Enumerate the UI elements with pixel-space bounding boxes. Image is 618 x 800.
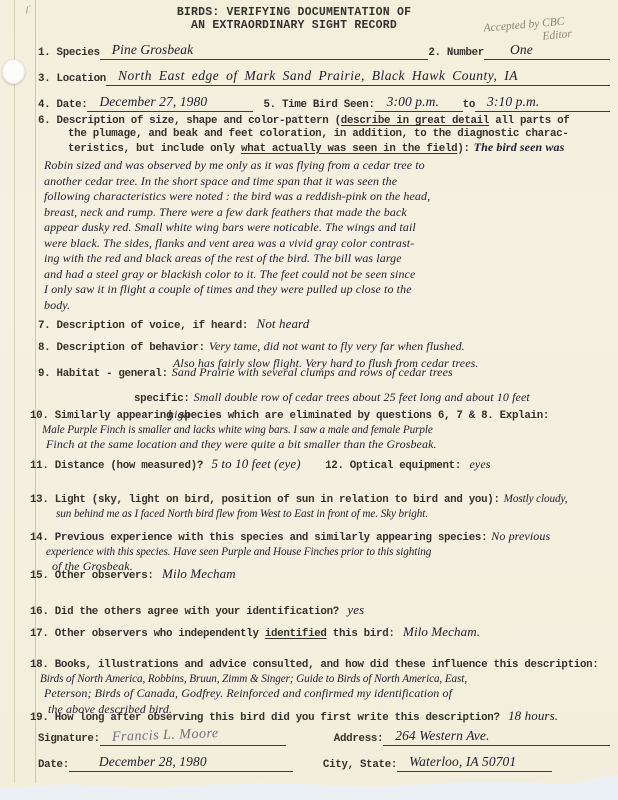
signature-label: Signature: — [38, 733, 100, 746]
q6-typed-line3-post: ): — [457, 143, 469, 155]
q6-hw-line5: appear dusky red. Small white wing bars … — [44, 220, 610, 236]
signature-value: Francis L. Moore — [112, 726, 219, 746]
q10-hw-line2: Finch at the same location and they were… — [46, 437, 610, 452]
number-label: 2. Number — [428, 47, 484, 60]
q9-specific-label: specific: — [134, 393, 190, 405]
q10-hw-line1: Male Purple Finch is smaller and lacks w… — [42, 424, 610, 436]
q7-label: 7. Description of voice, if heard: — [38, 320, 248, 332]
paper-crease-left — [14, 0, 15, 783]
scan-background: ן´ BIRDS: VERIFYING DOCUMENTATION OF AN … — [0, 0, 618, 800]
number-value: One — [510, 42, 533, 58]
q6-typed-line3-pre: teristics, but include only — [68, 143, 241, 155]
q18-hw-line2: Peterson; Birds of Canada, Godfrey. Rein… — [44, 686, 610, 701]
punch-hole — [2, 59, 25, 84]
city-state-value: Waterloo, IA 50701 — [409, 754, 516, 770]
signature-field: Francis L. Moore — [100, 727, 286, 746]
question-6: 6. Description of size, shape and color-… — [38, 115, 610, 313]
q11-value: 5 to 10 feet (eye) — [211, 456, 300, 472]
species-field: Pine Grosbeak — [100, 41, 429, 60]
q6-typed-line1: 6. Description of size, shape and color-… — [38, 115, 610, 128]
q6-hw-line10: body. — [44, 298, 610, 314]
q17-value: Milo Mecham. — [403, 624, 480, 640]
q17-label-pre: 17. Other observers who independently — [30, 628, 265, 640]
q9-specific-value: Small double row of cedar trees about 25… — [194, 390, 530, 405]
q19-label: 19. How long after observing this bird d… — [30, 712, 500, 724]
q6-typed-line1-post: all parts of — [489, 115, 569, 127]
q12-label: 12. Optical equipment: — [325, 460, 461, 472]
city-state-field: Waterloo, IA 50701 — [397, 753, 552, 772]
question-11-12-row: 11. Distance (how measured)? 5 to 10 fee… — [30, 455, 610, 473]
q12-value: eyes — [470, 457, 491, 472]
q6-handwritten-block: Robin sized and was observed by me only … — [44, 158, 610, 313]
question-13: 13. Light (sky, light on bird, position … — [30, 489, 610, 520]
q14-value-line1: No previous — [491, 529, 550, 544]
q6-hw-line3: following characteristics were noted : t… — [44, 189, 610, 205]
q6-hw-line1: Robin sized and was observed by me only … — [44, 158, 610, 174]
document-page: ן´ BIRDS: VERIFYING DOCUMENTATION OF AN … — [0, 0, 618, 793]
date-label: 4. Date: — [38, 99, 87, 112]
q7-value: Not heard — [257, 316, 310, 332]
q6-typed-line1-pre: 6. Description of size, shape and color-… — [38, 115, 341, 127]
q13-value-line2: sun behind me as I faced North bird flew… — [56, 508, 610, 520]
q6-handwritten-inline: The bird seen was — [474, 141, 565, 154]
q17-label-post: this bird: — [327, 628, 395, 640]
number-field: One — [484, 41, 610, 60]
question-19: 19. How long after observing this bird d… — [30, 707, 610, 725]
location-row: 3. Location North East edge of Mark Sand… — [38, 67, 610, 86]
q9-general-value: Sand Prairie with several clumps and row… — [172, 365, 453, 380]
q6-hw-line7: ing with the red and black areas of the … — [44, 251, 610, 267]
q8-value-line1: Very tame, did not want to fly very far … — [209, 339, 465, 354]
q6-typed-line2: the plumage, and beak and feet coloratio… — [38, 128, 610, 141]
date-field: December 27, 1980 — [87, 93, 253, 112]
time-to-word: to — [463, 99, 475, 112]
q6-hw-line4: breast, neck and rump. There were a few … — [44, 205, 610, 221]
city-state-label: City, State: — [293, 759, 397, 772]
q6-typed-line1-underlined: describe in great detail — [341, 115, 489, 127]
footer-date-label: Date: — [38, 759, 69, 772]
q13-value-line1: Mostly cloudy, — [504, 493, 568, 505]
address-field: 264 Western Ave. — [383, 727, 610, 746]
question-16: 16. Did the others agree with your ident… — [30, 601, 610, 619]
location-field: North East edge of Mark Sand Prairie, Bl… — [106, 67, 610, 86]
address-label: Address: — [286, 733, 383, 746]
q16-label: 16. Did the others agree with your ident… — [30, 606, 339, 618]
q13-label: 13. Light (sky, light on bird, position … — [30, 494, 500, 506]
q6-hw-line2: another cedar tree. In the short space a… — [44, 174, 610, 190]
q15-value: Milo Mecham — [162, 566, 236, 582]
footer-date-value: December 28, 1980 — [99, 754, 207, 770]
q11-label: 11. Distance (how measured)? — [30, 460, 203, 472]
form-title-line1: BIRDS: VERIFYING DOCUMENTATION OF — [0, 6, 588, 19]
date-city-row: Date: December 28, 1980 City, State: Wat… — [38, 753, 610, 772]
q6-typed-line3-underlined: what actually was seen in the field — [241, 143, 457, 155]
q18-label: 18. Books, illustrations and advice cons… — [30, 659, 610, 672]
question-10: 10. Similarly appearing species which ar… — [30, 410, 610, 452]
location-label: 3. Location — [38, 73, 106, 86]
signature-row: Signature: Francis L. Moore Address: 264… — [38, 727, 610, 746]
q6-hw-line6: were black. The sides, flanks and vent a… — [44, 236, 610, 252]
address-value: 264 Western Ave. — [395, 728, 489, 744]
species-number-row: 1. Species Pine Grosbeak 2. Number One — [38, 41, 610, 60]
date-time-row: 4. Date: December 27, 1980 5. Time Bird … — [38, 93, 610, 112]
time-label: 5. Time Bird Seen: — [253, 99, 374, 112]
q6-hw-line9: I only saw it in flight a couple of time… — [44, 282, 610, 298]
q10-label: 10. Similarly appearing species which ar… — [30, 410, 610, 423]
q8-label: 8. Description of behavior: — [38, 342, 205, 354]
time-to-field: 3:10 p.m. — [475, 93, 610, 112]
q18-hw-line1: Birds of North America, Robbins, Bruun, … — [40, 673, 610, 685]
question-15: 15. Other observers: Milo Mecham — [30, 565, 610, 583]
q17-label: 17. Other observers who independently id… — [30, 628, 395, 640]
q14-label: 14. Previous experience with this specie… — [30, 532, 487, 544]
question-7: 7. Description of voice, if heard: Not h… — [38, 315, 610, 333]
time-from-value: 3:00 p.m. — [387, 94, 439, 110]
q17-label-underlined: identified — [265, 628, 327, 640]
q19-value: 18 hours. — [508, 708, 558, 724]
q16-value: yes — [347, 602, 364, 618]
q15-label: 15. Other observers: — [30, 570, 154, 582]
footer-date-field: December 28, 1980 — [69, 753, 293, 772]
q6-hw-line8: and had a steel gray or blackish color t… — [44, 267, 610, 283]
species-label: 1. Species — [38, 47, 100, 60]
time-from-field: 3:00 p.m. — [375, 93, 463, 112]
question-17: 17. Other observers who independently id… — [30, 623, 610, 641]
location-value: North East edge of Mark Sand Prairie, Bl… — [118, 68, 518, 84]
date-value: December 27, 1980 — [99, 94, 207, 110]
q14-value-line2: experience with this species. Have seen … — [46, 546, 610, 558]
q6-typed-line3: teristics, but include only what actuall… — [38, 141, 610, 156]
time-to-value: 3:10 p.m. — [487, 94, 539, 110]
q9-label: 9. Habitat - general: — [38, 368, 168, 380]
species-value: Pine Grosbeak — [112, 42, 193, 58]
